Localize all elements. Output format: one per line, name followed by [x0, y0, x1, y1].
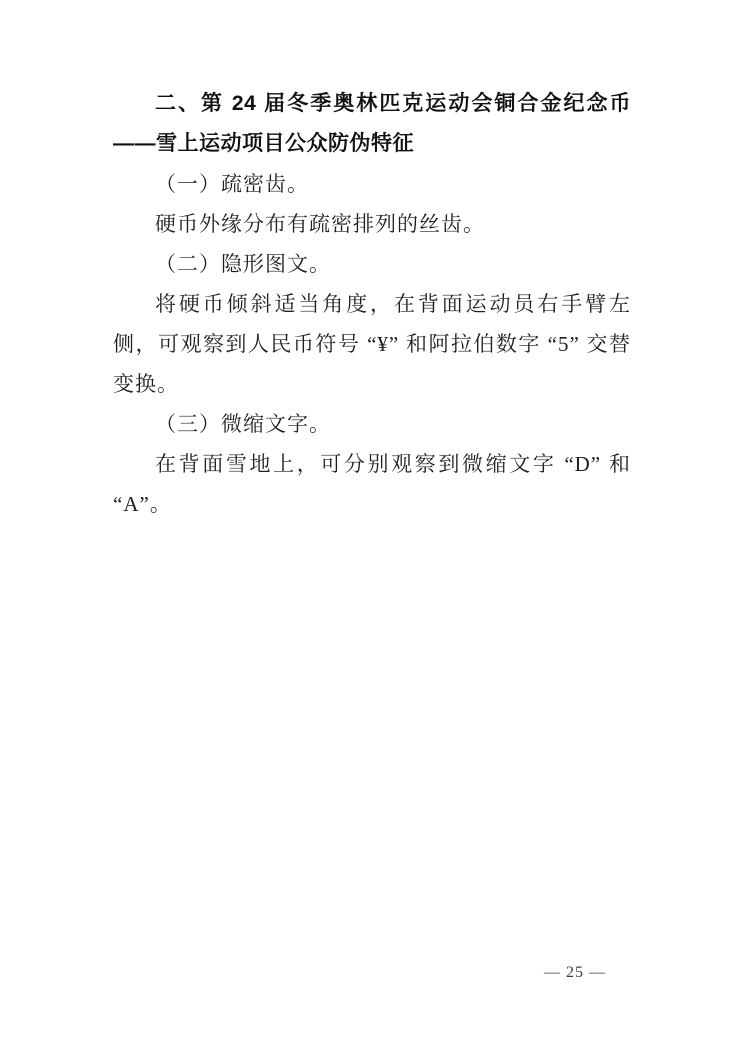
subsection-2-title: （二）隐形图文。: [113, 244, 631, 284]
subsection-1-text: 硬币外缘分布有疏密排列的丝齿。: [113, 204, 631, 244]
page-number: — 25 —: [544, 962, 606, 984]
document-body: 二、第 24 届冬季奥林匹克运动会铜合金纪念币——雪上运动项目公众防伪特征 （一…: [113, 84, 631, 524]
subsection-1-title: （一）疏密齿。: [113, 164, 631, 204]
subsection-2-text: 将硬币倾斜适当角度，在背面运动员右手臂左侧，可观察到人民币符号 “¥” 和阿拉伯…: [113, 284, 631, 404]
document-page: 二、第 24 届冬季奥林匹克运动会铜合金纪念币——雪上运动项目公众防伪特征 （一…: [0, 0, 740, 1047]
subsection-3-title: （三）微缩文字。: [113, 404, 631, 444]
subsection-3-text: 在背面雪地上，可分别观察到微缩文字 “D” 和 “A”。: [113, 444, 631, 524]
section-heading: 二、第 24 届冬季奥林匹克运动会铜合金纪念币——雪上运动项目公众防伪特征: [113, 84, 631, 164]
